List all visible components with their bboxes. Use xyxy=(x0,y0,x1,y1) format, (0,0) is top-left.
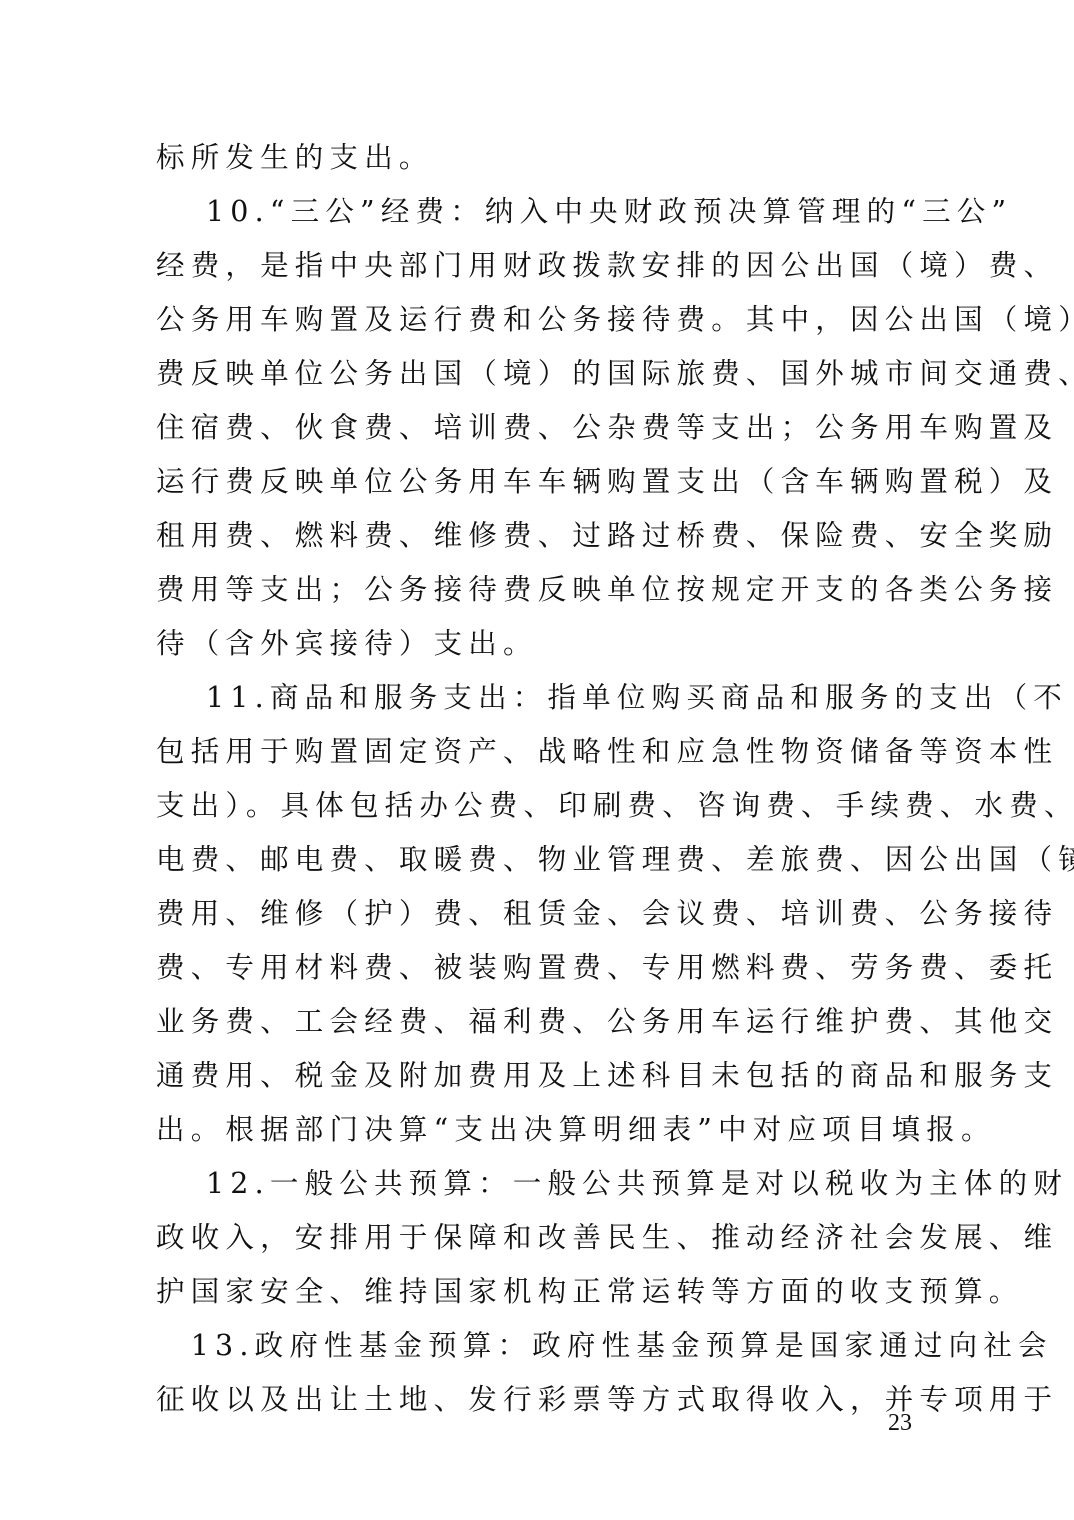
text-line: 征收以及出让土地、发行彩票等方式取得收入，并专项用于 xyxy=(156,1380,916,1420)
text-line: 护国家安全、维持国家机构正常运转等方面的收支预算。 xyxy=(156,1272,916,1312)
text-line: 出。根据部门决算“支出决算明细表”中对应项目填报。 xyxy=(156,1110,916,1150)
text-line: 费用、维修（护）费、租赁金、会议费、培训费、公务接待 xyxy=(156,894,916,934)
text-line: 通费用、税金及附加费用及上述科目未包括的商品和服务支 xyxy=(156,1056,916,1096)
text-line: 费反映单位公务出国（境）的国际旅费、国外城市间交通费、 xyxy=(156,354,916,394)
text-line: 支出）。具体包括办公费、印刷费、咨询费、手续费、水费、 xyxy=(156,786,916,826)
text-line: 电费、邮电费、取暖费、物业管理费、差旅费、因公出国（镜） xyxy=(156,840,916,880)
page-number: 23 xyxy=(888,1408,912,1438)
paragraph-13-start: 13.政府性基金预算：政府性基金预算是国家通过向社会 xyxy=(156,1326,916,1366)
text-line: 待（含外宾接待）支出。 xyxy=(156,624,916,664)
text-line: 经费，是指中央部门用财政拨款安排的因公出国（境）费、 xyxy=(156,246,916,286)
paragraph-11-start: 11.商品和服务支出：指单位购买商品和服务的支出（不 xyxy=(156,678,916,718)
text-line: 公务用车购置及运行费和公务接待费。其中，因公出国（境） xyxy=(156,300,916,340)
text-line: 费用等支出；公务接待费反映单位按规定开支的各类公务接 xyxy=(156,570,916,610)
text-line: 业务费、工会经费、福利费、公务用车运行维护费、其他交 xyxy=(156,1002,916,1042)
text-line: 标所发生的支出。 xyxy=(156,138,916,178)
paragraph-10-start: 10.“三公”经费：纳入中央财政预决算管理的“三公” xyxy=(156,192,916,232)
paragraph-12-start: 12.一般公共预算：一般公共预算是对以税收为主体的财 xyxy=(156,1164,916,1204)
text-line: 政收入，安排用于保障和改善民生、推动经济社会发展、维 xyxy=(156,1218,916,1258)
text-line: 运行费反映单位公务用车车辆购置支出（含车辆购置税）及 xyxy=(156,462,916,502)
text-line: 租用费、燃料费、维修费、过路过桥费、保险费、安全奖励 xyxy=(156,516,916,556)
text-line: 住宿费、伙食费、培训费、公杂费等支出；公务用车购置及 xyxy=(156,408,916,448)
text-line: 费、专用材料费、被装购置费、专用燃料费、劳务费、委托 xyxy=(156,948,916,988)
document-page: 标所发生的支出。 10.“三公”经费：纳入中央财政预决算管理的“三公” 经费，是… xyxy=(0,0,1074,1520)
text-line: 包括用于购置固定资产、战略性和应急性物资储备等资本性 xyxy=(156,732,916,772)
